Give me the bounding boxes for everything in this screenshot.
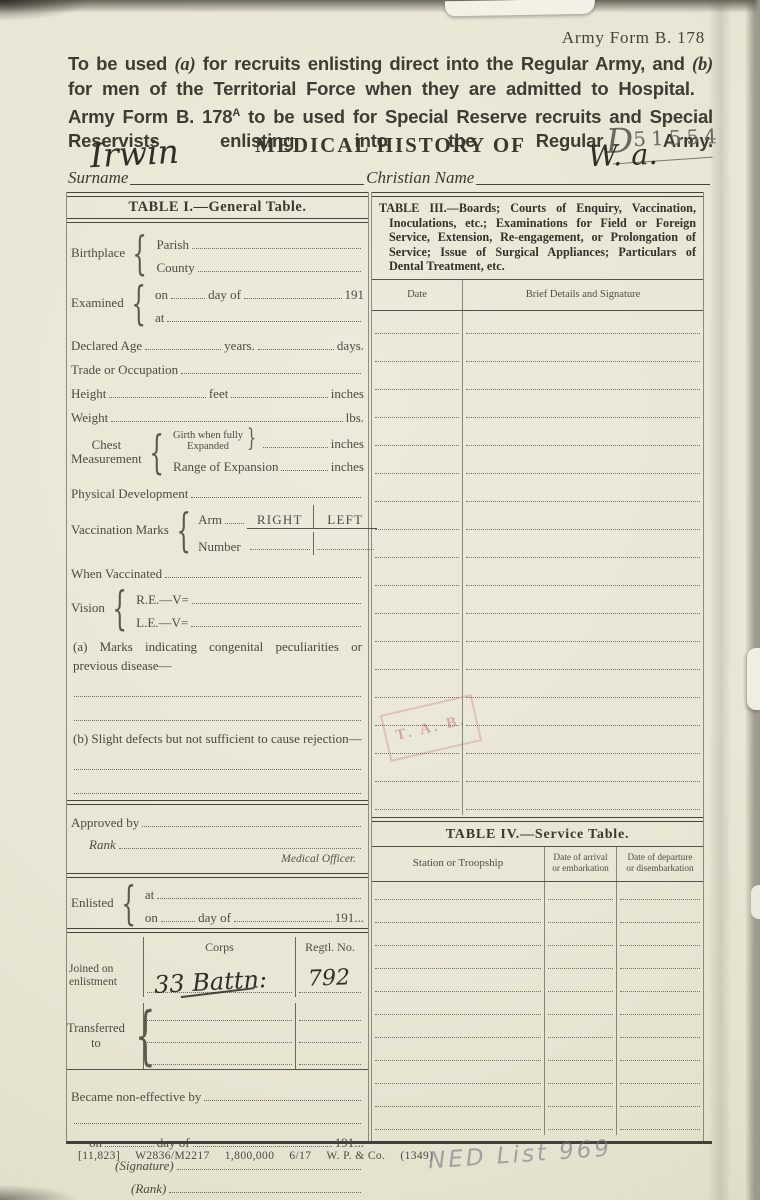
examined-label: Examined xyxy=(71,295,124,311)
departure-field xyxy=(620,899,700,900)
number-left-field xyxy=(317,549,374,550)
date-cell xyxy=(372,535,463,563)
rank-bottom-label: (Rank) xyxy=(131,1181,166,1197)
arrival-cell xyxy=(544,951,616,974)
marks-a-paragraph: (a) Marks indicating congenital peculiar… xyxy=(67,633,368,677)
torn-right-notch xyxy=(747,648,760,710)
brace: } xyxy=(247,424,256,452)
departure-field xyxy=(620,1060,700,1061)
table4-empty-row xyxy=(372,1043,703,1066)
details-cell xyxy=(463,423,703,451)
date-field xyxy=(375,417,459,418)
brace: { xyxy=(132,230,147,276)
departure-cell xyxy=(616,928,703,951)
rank-label: Rank xyxy=(89,837,116,853)
departure-cell xyxy=(616,1043,703,1066)
rule xyxy=(372,817,703,822)
trade-field xyxy=(181,373,361,374)
rule xyxy=(67,218,368,223)
date-cell xyxy=(372,395,463,423)
approved-by-field xyxy=(142,826,361,827)
date-field xyxy=(375,361,459,362)
right-eye-field xyxy=(192,603,361,604)
rank-field xyxy=(119,848,361,849)
details-field xyxy=(466,417,700,418)
arrival-field xyxy=(548,1106,613,1107)
enlisted-label: Enlisted xyxy=(71,895,114,911)
left-column-header: LEFT xyxy=(313,505,377,529)
date-field xyxy=(375,501,459,502)
date-column-header: Date xyxy=(372,280,463,310)
station-field xyxy=(375,922,541,923)
arrival-field xyxy=(548,1083,613,1084)
when-vaccinated-label: When Vaccinated xyxy=(71,566,162,582)
date-field xyxy=(375,529,459,530)
details-cell xyxy=(463,731,703,759)
arrival-cell xyxy=(544,997,616,1020)
table3-header-row: Date Brief Details and Signature xyxy=(372,279,703,311)
vaccination-label: Vaccination Marks xyxy=(71,522,169,538)
medical-officer-label: Medical Officer. xyxy=(67,853,368,871)
details-field xyxy=(466,389,700,390)
weight-label: Weight xyxy=(71,410,108,426)
height-feet-field xyxy=(109,397,205,398)
physical-development-label: Physical Development xyxy=(71,486,188,502)
table3-title: TABLE III.—Boards; Courts of Enquiry, Va… xyxy=(372,197,703,279)
departure-field xyxy=(620,1083,700,1084)
transferred-regtl-field xyxy=(299,1020,361,1021)
transferred-regtl-cell xyxy=(295,1025,364,1047)
departure-cell xyxy=(616,997,703,1020)
station-field xyxy=(375,1060,541,1061)
table3-and-table4: TABLE III.—Boards; Courts of Enquiry, Va… xyxy=(371,192,704,1141)
inches-label: inches xyxy=(331,459,364,475)
table3-empty-row xyxy=(372,759,703,787)
defects-b-field1 xyxy=(74,769,361,770)
table3-empty-row xyxy=(372,563,703,591)
transferred-regtl-field xyxy=(299,1064,361,1065)
month-field xyxy=(193,1146,332,1147)
date-field xyxy=(375,585,459,586)
station-cell xyxy=(372,882,544,905)
station-cell xyxy=(372,1066,544,1089)
corps-column-header: Corps xyxy=(143,937,295,957)
station-cell xyxy=(372,1112,544,1135)
non-effective-field xyxy=(204,1100,361,1101)
table3-empty-row xyxy=(372,339,703,367)
departure-cell xyxy=(616,1020,703,1043)
table3-empty-row xyxy=(372,675,703,703)
table3-empty-row xyxy=(372,479,703,507)
right-eye-label: R.E.—V= xyxy=(136,592,189,608)
non-effective-field-row xyxy=(67,1105,368,1128)
transferred-corps-cell xyxy=(143,1025,295,1047)
station-field xyxy=(375,1037,541,1038)
birthplace-label: Birthplace xyxy=(71,245,125,261)
dark-bottom-left-corner xyxy=(0,1178,110,1200)
age-days-field xyxy=(258,349,334,350)
station-field xyxy=(375,1083,541,1084)
feet-label: feet xyxy=(209,386,228,402)
form-number: Army Form B. 178 xyxy=(520,28,705,48)
arrival-cell xyxy=(544,1043,616,1066)
departure-field xyxy=(620,1106,700,1107)
signature-field xyxy=(177,1169,361,1170)
marks-a-field1 xyxy=(74,696,361,697)
departure-cell xyxy=(616,882,703,905)
brace: { xyxy=(149,429,164,475)
when-vaccinated-row: When Vaccinated xyxy=(67,558,368,582)
table4-empty-row xyxy=(372,1066,703,1089)
defects-b-paragraph: (b) Slight defects but not sufficient to… xyxy=(67,725,368,750)
station-cell xyxy=(372,905,544,928)
enlisted-on-label: on xyxy=(145,910,158,926)
enlisted-month-field xyxy=(234,921,332,922)
joined-regtl-cell: 792 xyxy=(295,957,364,997)
date-field xyxy=(375,473,459,474)
corps-label-spacer xyxy=(67,937,143,957)
christian-name-handwritten: W. a. xyxy=(587,137,658,173)
surname-handwritten: Irwin xyxy=(89,132,180,176)
range-field xyxy=(281,470,327,471)
rank-row: Rank xyxy=(67,831,368,853)
examined-at-label: at xyxy=(155,310,164,326)
details-cell xyxy=(463,367,703,395)
arrival-cell xyxy=(544,1020,616,1043)
transferred-corps-field xyxy=(147,1020,292,1021)
vaccination-block: Vaccination Marks { Arm RIGHT LEFT Numbe… xyxy=(67,505,368,555)
weight-row: Weightlbs. xyxy=(67,402,368,426)
details-cell xyxy=(463,479,703,507)
joined-regtl-field xyxy=(299,992,361,993)
table4-header-row: Station or Troopship Date of arrivalor e… xyxy=(372,846,703,882)
regtl-no-handwritten: 792 xyxy=(308,965,351,991)
details-cell xyxy=(463,311,703,339)
girth-field xyxy=(263,447,327,448)
date-field xyxy=(375,697,459,698)
details-field xyxy=(466,697,700,698)
enlisted-dayof-label: day of xyxy=(198,910,231,926)
rank-bottom-row: (Rank) xyxy=(67,1174,368,1197)
details-field xyxy=(466,613,700,614)
arrival-field xyxy=(548,1129,613,1130)
number-right-field xyxy=(250,549,310,550)
number-label: Number xyxy=(198,539,241,555)
details-field xyxy=(466,641,700,642)
table3-empty-row xyxy=(372,619,703,647)
torn-paper-patch xyxy=(445,0,595,16)
height-label: Height xyxy=(71,386,106,402)
station-column-header: Station or Troopship xyxy=(372,847,544,881)
transferred-corps-cell xyxy=(143,1047,295,1069)
defects-b-field-row xyxy=(67,750,368,774)
table1-title: TABLE I.—General Table. xyxy=(67,197,368,218)
joined-corps-cell: 33 Battn: xyxy=(143,957,295,997)
date-field xyxy=(375,557,459,558)
transferred-regtl-cell xyxy=(295,1047,364,1069)
details-cell xyxy=(463,703,703,731)
examined-block: Examined { onday of191 at xyxy=(67,280,368,326)
details-cell xyxy=(463,675,703,703)
chest-block: ChestMeasurement { Girth when fullyExpan… xyxy=(67,429,368,475)
enlisted-year-label: 191... xyxy=(335,910,364,926)
height-inches-field xyxy=(231,397,327,398)
details-field xyxy=(466,725,700,726)
departure-field xyxy=(620,1014,700,1015)
details-field xyxy=(466,529,700,530)
departure-field xyxy=(620,1037,700,1038)
arrival-field xyxy=(548,1037,613,1038)
marks-a-field2 xyxy=(74,720,361,721)
station-cell xyxy=(372,997,544,1020)
details-column-header: Brief Details and Signature xyxy=(463,289,703,300)
table4-empty-row xyxy=(372,997,703,1020)
superscript-a: A xyxy=(232,107,240,119)
station-cell xyxy=(372,1043,544,1066)
approved-by-row: Approved by xyxy=(67,807,368,831)
arrival-field xyxy=(548,1060,613,1061)
defects-b-field2 xyxy=(74,793,361,794)
table4-empty-row xyxy=(372,951,703,974)
table4-empty-row xyxy=(372,882,703,905)
christian-name-line xyxy=(476,184,710,185)
date-cell xyxy=(372,423,463,451)
departure-cell xyxy=(616,951,703,974)
details-cell xyxy=(463,787,703,815)
enlisted-at-label: at xyxy=(145,887,154,903)
departure-cell xyxy=(616,974,703,997)
examined-month-field xyxy=(244,298,342,299)
right-column-header: RIGHT xyxy=(247,505,313,529)
examined-place-field xyxy=(167,321,361,322)
date-cell xyxy=(372,759,463,787)
parish-field xyxy=(192,248,361,249)
weight-field xyxy=(111,421,342,422)
examined-on-label: on xyxy=(155,287,168,303)
station-field xyxy=(375,991,541,992)
non-effective-label: Became non-effective by xyxy=(71,1089,201,1105)
details-cell xyxy=(463,535,703,563)
date-cell xyxy=(372,619,463,647)
station-field xyxy=(375,945,541,946)
table3-empty-row xyxy=(372,507,703,535)
details-field xyxy=(466,445,700,446)
days-label: days. xyxy=(337,338,364,354)
arrival-cell xyxy=(544,928,616,951)
table4-title: TABLE IV.—Service Table. xyxy=(372,824,703,846)
range-expansion-label: Range of Expansion xyxy=(173,459,278,475)
lbs-label: lbs. xyxy=(346,410,364,426)
torn-right-notch-small xyxy=(751,885,760,919)
station-cell xyxy=(372,974,544,997)
arrival-cell xyxy=(544,905,616,928)
paper-sheet: Army Form B. 178 To be used (a) for recr… xyxy=(0,0,760,1200)
declared-age-label: Declared Age xyxy=(71,338,142,354)
physical-development-field xyxy=(191,497,361,498)
date-field xyxy=(375,333,459,334)
right-paper-edge xyxy=(745,0,760,1200)
departure-cell xyxy=(616,1112,703,1135)
examined-dayof-label: day of xyxy=(208,287,241,303)
non-effective-field2 xyxy=(74,1123,361,1124)
rank-bottom-field xyxy=(169,1192,361,1193)
details-field xyxy=(466,333,700,334)
details-cell xyxy=(463,759,703,787)
examined-day-field xyxy=(171,298,205,299)
date-cell xyxy=(372,339,463,367)
rule xyxy=(67,928,368,933)
arm-label: Arm xyxy=(198,512,222,528)
table3-empty-row xyxy=(372,535,703,563)
departure-field xyxy=(620,991,700,992)
enlisted-day-field xyxy=(161,921,195,922)
rule xyxy=(67,873,368,878)
date-field xyxy=(375,669,459,670)
arrival-field xyxy=(548,945,613,946)
details-cell xyxy=(463,619,703,647)
table3-empty-row xyxy=(372,311,703,339)
date-field xyxy=(375,809,459,810)
inches-label: inches xyxy=(331,386,364,402)
details-field xyxy=(466,781,700,782)
details-field xyxy=(466,473,700,474)
brace: { xyxy=(176,507,191,553)
arrival-field xyxy=(548,968,613,969)
table4-empty-row xyxy=(372,974,703,997)
height-row: Heightfeetinches xyxy=(67,378,368,402)
joined-on-enlistment-label: Joined onenlistment xyxy=(67,957,143,1003)
scanned-army-form: Army Form B. 178 To be used (a) for recr… xyxy=(0,0,760,1200)
details-cell xyxy=(463,339,703,367)
birthplace-block: Birthplace { Parish County xyxy=(67,230,368,276)
transferred-regtl-field xyxy=(299,1042,361,1043)
date-cell xyxy=(372,479,463,507)
enlisted-block: Enlisted { at onday of191... xyxy=(67,880,368,926)
table3-empty-row xyxy=(372,591,703,619)
declared-age-row: Declared Ageyears.days. xyxy=(67,330,368,354)
chest-label: ChestMeasurement xyxy=(71,438,142,466)
table4-empty-row xyxy=(372,905,703,928)
details-cell xyxy=(463,563,703,591)
station-field xyxy=(375,1014,541,1015)
station-field xyxy=(375,1106,541,1107)
arrival-field xyxy=(548,922,613,923)
arrival-cell xyxy=(544,1089,616,1112)
arrival-field xyxy=(548,1014,613,1015)
table4-empty-row xyxy=(372,1089,703,1112)
brace: { xyxy=(112,585,127,631)
details-field xyxy=(466,585,700,586)
details-field xyxy=(466,809,700,810)
non-effective-date-row: onday of191... xyxy=(67,1128,368,1151)
footer-rule xyxy=(66,1141,712,1144)
details-field xyxy=(466,669,700,670)
date-cell xyxy=(372,563,463,591)
station-field xyxy=(375,899,541,900)
date-field xyxy=(375,389,459,390)
transferred-corps-field xyxy=(147,1042,292,1043)
departure-field xyxy=(620,1129,700,1130)
arrival-cell xyxy=(544,974,616,997)
marks-a-field-row xyxy=(67,677,368,701)
physical-development-row: Physical Development xyxy=(67,478,368,502)
transferred-corps-field xyxy=(147,1064,292,1065)
county-field xyxy=(198,271,361,272)
transferred-to-label: Transferredto { xyxy=(67,1003,143,1069)
station-cell xyxy=(372,1089,544,1112)
date-field xyxy=(375,781,459,782)
left-eye-field xyxy=(191,626,361,627)
years-label: years. xyxy=(224,338,255,354)
brace: { xyxy=(121,880,136,926)
details-cell xyxy=(463,395,703,423)
details-cell xyxy=(463,507,703,535)
date-cell xyxy=(372,507,463,535)
table3-empty-row xyxy=(372,647,703,675)
details-cell xyxy=(463,647,703,675)
details-field xyxy=(466,753,700,754)
table3-empty-row xyxy=(372,367,703,395)
vertical-crease xyxy=(708,0,736,1200)
corps-table: Corps Regtl. No. Joined onenlistment 33 … xyxy=(67,937,368,1070)
printer-imprint: [11,823]W2836/M22171,800,0006/17W. P. & … xyxy=(78,1150,448,1162)
marks-a-field-row xyxy=(67,701,368,725)
departure-field xyxy=(620,968,700,969)
vision-block: Vision { R.E.—V= L.E.—V= xyxy=(67,585,368,631)
examined-year-label: 191 xyxy=(345,287,365,303)
vision-label: Vision xyxy=(71,600,105,616)
transferred-regtl-cell xyxy=(295,1003,364,1025)
day-field xyxy=(105,1146,154,1147)
station-cell xyxy=(372,928,544,951)
table3-empty-row xyxy=(372,451,703,479)
arrival-field xyxy=(548,991,613,992)
departure-field xyxy=(620,922,700,923)
corps-handwritten: 33 Battn: xyxy=(153,965,267,997)
details-cell xyxy=(463,591,703,619)
table4-empty-row xyxy=(372,928,703,951)
inches-label: inches xyxy=(331,436,364,452)
table4-empty-row xyxy=(372,1020,703,1043)
arrival-column-header: Date of arrivalor embarkation xyxy=(544,847,616,881)
county-label: County xyxy=(156,260,194,276)
rule xyxy=(67,800,368,805)
transferred-corps-cell xyxy=(143,1003,295,1025)
station-field xyxy=(375,1129,541,1130)
station-cell xyxy=(372,1020,544,1043)
table3-empty-row xyxy=(372,423,703,451)
departure-cell xyxy=(616,905,703,928)
approved-by-label: Approved by xyxy=(71,815,139,831)
details-cell xyxy=(463,451,703,479)
date-cell xyxy=(372,591,463,619)
departure-column-header: Date of departureor disembarkation xyxy=(616,847,703,881)
table4-empty-row xyxy=(372,1112,703,1135)
arrival-cell xyxy=(544,882,616,905)
details-field xyxy=(466,501,700,502)
left-eye-label: L.E.—V= xyxy=(136,615,188,631)
trade-label: Trade or Occupation xyxy=(71,362,178,378)
enlisted-place-field xyxy=(157,898,361,899)
brace: { xyxy=(131,280,146,326)
departure-cell xyxy=(616,1066,703,1089)
christian-name-label: Christian Name xyxy=(366,168,474,188)
surname-line xyxy=(130,184,364,185)
table1-general-table: TABLE I.—General Table. Birthplace { Par… xyxy=(66,192,369,1141)
date-field xyxy=(375,641,459,642)
date-cell xyxy=(372,311,463,339)
girth-label: Girth when fullyExpanded xyxy=(173,430,243,452)
